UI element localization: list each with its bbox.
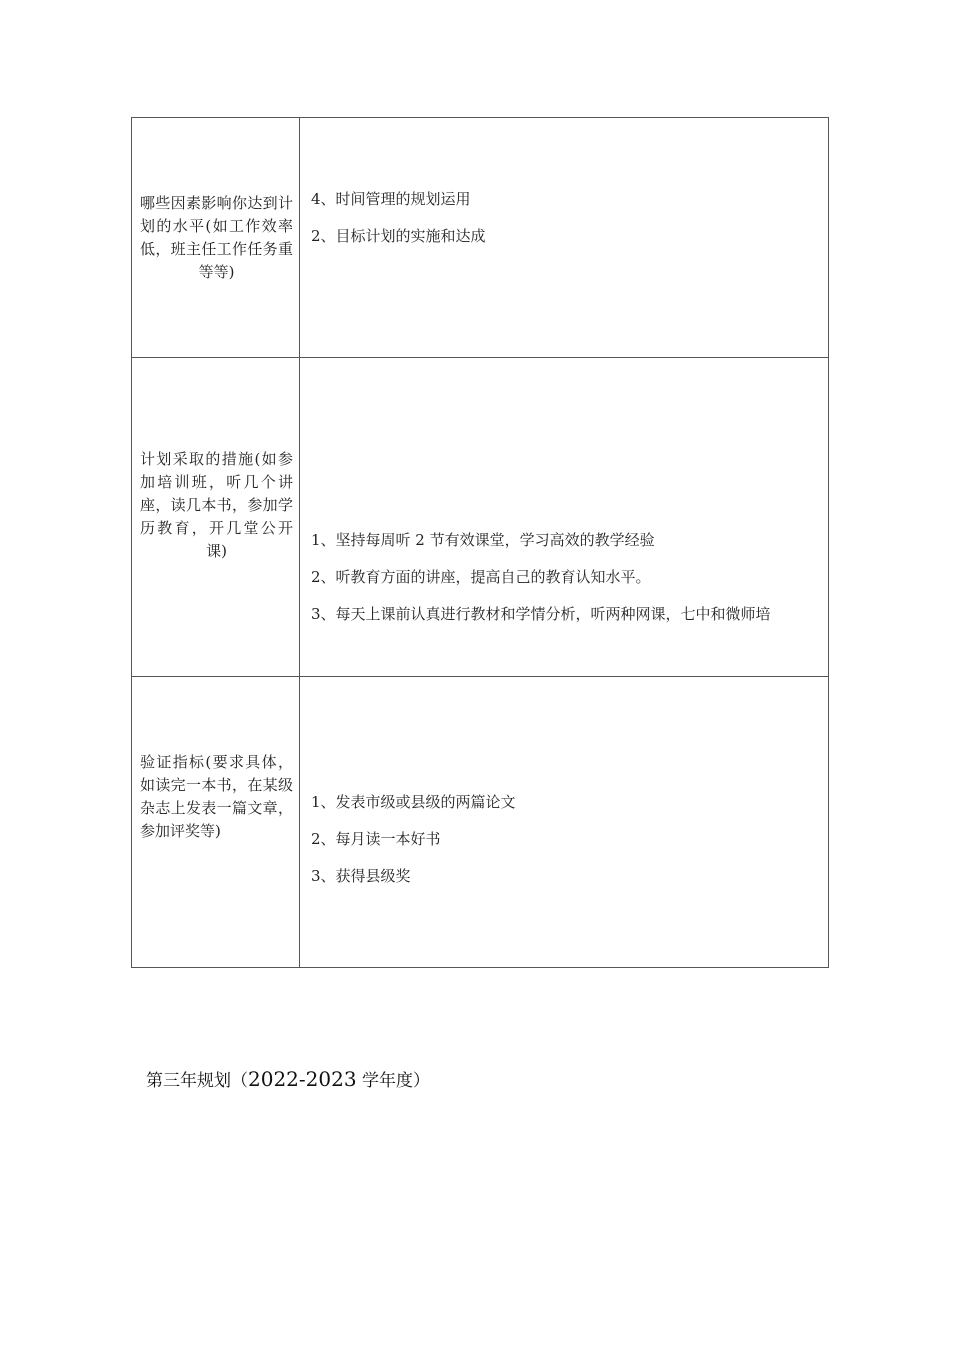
plan-table: 哪些因素影响你达到计划的水平(如工作效率低，班主任工作任务重等等) 4、时间管理… (131, 117, 829, 968)
row-content-cell: 4、时间管理的规划运用 2、目标计划的实施和达成 (300, 118, 829, 358)
table-row-verification-metrics: 验证指标(要求具体，如读完一本书，在某级杂志上发表一篇文章，参加评奖等) 1、发… (132, 677, 829, 968)
row-label-cell: 哪些因素影响你达到计划的水平(如工作效率低，班主任工作任务重等等) (132, 118, 300, 358)
list-item: 3、每天上课前认真进行教材和学情分析，听两种网课，七中和微师培 (311, 605, 818, 624)
list-item: 4、时间管理的规划运用 (311, 190, 818, 209)
table-row-planned-measures: 计划采取的措施(如参加培训班，听几个讲座，读几本书，参加学历教育，开几堂公开课)… (132, 358, 829, 677)
list-item: 2、目标计划的实施和达成 (311, 227, 818, 246)
row-label: 验证指标(要求具体，如读完一本书，在某级杂志上发表一篇文章，参加评奖等) (140, 751, 293, 843)
section-heading-prefix: 第三年规划（ (146, 1071, 248, 1091)
row-label: 哪些因素影响你达到计划的水平(如工作效率低，班主任工作任务重等等) (140, 192, 293, 284)
row-label-cell: 计划采取的措施(如参加培训班，听几个讲座，读几本书，参加学历教育，开几堂公开课) (132, 358, 300, 677)
row-content-cell: 1、发表市级或县级的两篇论文 2、每月读一本好书 3、获得县级奖 (300, 677, 829, 968)
list-item: 2、每月读一本好书 (311, 830, 818, 849)
document-page: 哪些因素影响你达到计划的水平(如工作效率低，班主任工作任务重等等) 4、时间管理… (0, 0, 960, 1357)
row-label-cell: 验证指标(要求具体，如读完一本书，在某级杂志上发表一篇文章，参加评奖等) (132, 677, 300, 968)
section-heading: 第三年规划（2022-2023 学年度） (146, 1066, 430, 1091)
table-row-influencing-factors: 哪些因素影响你达到计划的水平(如工作效率低，班主任工作任务重等等) 4、时间管理… (132, 118, 829, 358)
list-item: 1、坚持每周听 2 节有效课堂，学习高效的教学经验 (311, 531, 818, 550)
list-item: 2、听教育方面的讲座，提高自己的教育认知水平。 (311, 568, 818, 587)
section-heading-suffix: 学年度） (357, 1071, 430, 1091)
section-heading-years: 2022-2023 (248, 1067, 357, 1091)
row-label: 计划采取的措施(如参加培训班，听几个讲座，读几本书，参加学历教育，开几堂公开课) (140, 448, 293, 563)
row-content-cell: 1、坚持每周听 2 节有效课堂，学习高效的教学经验 2、听教育方面的讲座，提高自… (300, 358, 829, 677)
list-item: 1、发表市级或县级的两篇论文 (311, 793, 818, 812)
list-item: 3、获得县级奖 (311, 867, 818, 886)
